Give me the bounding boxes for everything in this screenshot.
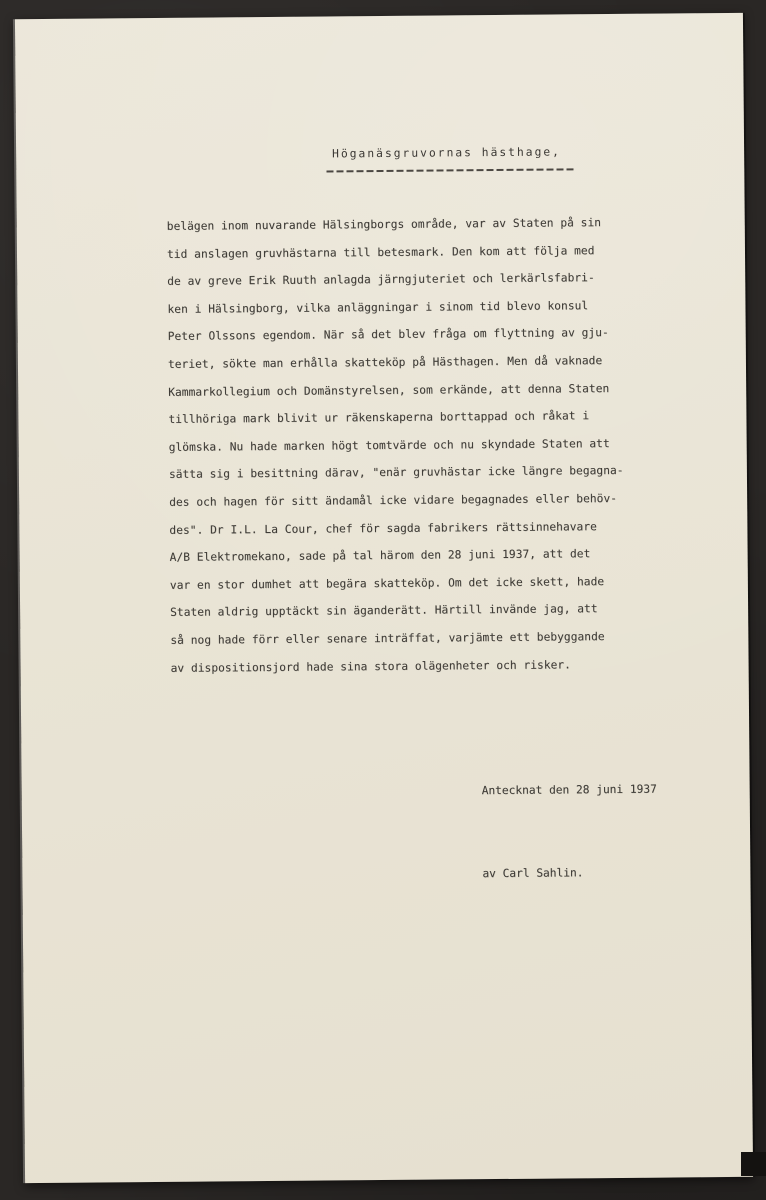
signature-date: Antecknat den 28 juni 1937 <box>482 776 657 805</box>
signature-author: av Carl Sahlin. <box>482 859 657 888</box>
title-underline <box>326 168 574 172</box>
signature-block: Antecknat den 28 juni 1937 av Carl Sahli… <box>481 721 658 943</box>
document-title: Höganäsgruvornas hästhage, <box>332 145 561 160</box>
document-page: Höganäsgruvornas hästhage, belägen inom … <box>15 13 753 1183</box>
document-body: belägen inom nuvarande Hälsingborgs områ… <box>167 209 626 682</box>
photo-background: Höganäsgruvornas hästhage, belägen inom … <box>0 0 766 1200</box>
background-dark-patch <box>741 1152 766 1176</box>
